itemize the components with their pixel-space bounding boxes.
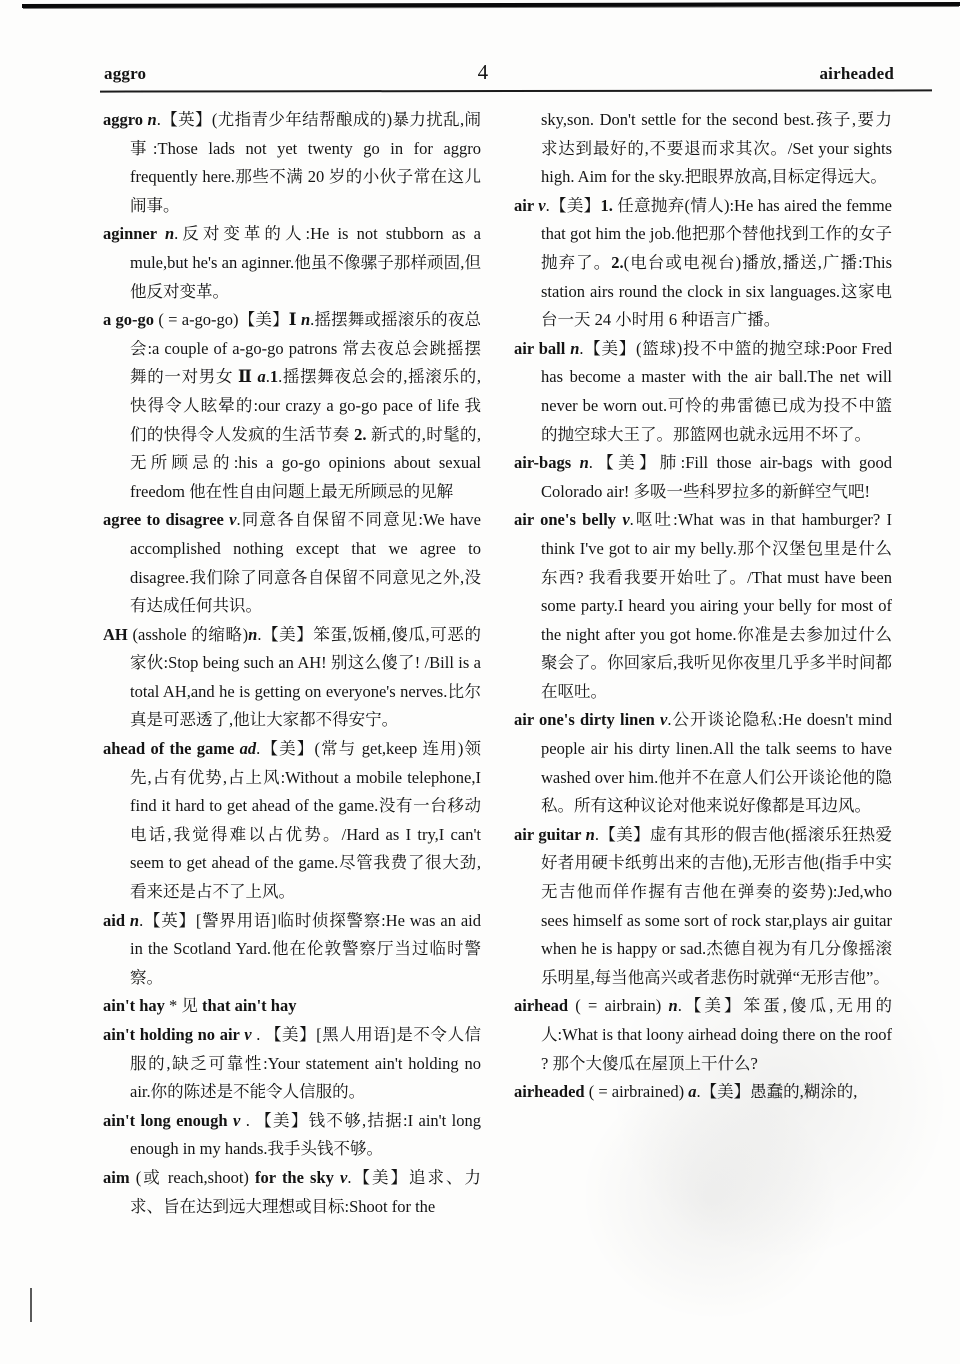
dictionary-entry: ain't hay * 见 that ain't hay — [103, 992, 481, 1021]
entry-text: ( = airbrained) — [589, 1082, 689, 1101]
dictionary-entry: AH (asshole 的缩略)n.【美】笨蛋,饭桶,傻瓜,可恶的家伙:Stop… — [103, 621, 481, 735]
part-of-speech: ad — [240, 739, 257, 758]
dictionary-entry: air guitar n.【美】虚有其形的假吉他(摇滚乐狂热爱好者用硬卡纸剪出来… — [514, 821, 892, 993]
dictionary-entry: aginner n.反对变革的人:He is not stubborn as a… — [103, 220, 481, 306]
headword: air one's belly — [514, 510, 622, 529]
headword: 1 — [270, 367, 278, 386]
entry-text: .【英】[警界用语]临时侦探警察:He was an aid in the Sc… — [130, 911, 481, 987]
headword: Ⅱ — [238, 367, 257, 386]
scan-artifact-left-tick — [30, 1288, 32, 1322]
entry-text: * 见 — [169, 996, 202, 1015]
headword: that ain't hay — [202, 996, 296, 1015]
part-of-speech: n — [165, 224, 174, 243]
part-of-speech: n — [248, 625, 257, 644]
column-left: aggro n.【英】(尤指青少年结帮酿成的)暴力扰乱,闹事:Those lad… — [103, 106, 481, 1221]
dictionary-entry: air v.【美】1. 任意抛弃(情人):He has aired the fe… — [514, 192, 892, 335]
headword: for the sky — [255, 1168, 340, 1187]
entry-text: sky,son. Don't settle for the second bes… — [541, 110, 892, 186]
part-of-speech: n — [586, 825, 595, 844]
entry-text: .【美】(常与 get,keep 连用)领先,占有优势,占上风:Without … — [130, 739, 481, 901]
entry-text: .呕吐:What was in that hamburger? I think … — [541, 510, 892, 701]
entry-continuation: sky,son. Don't settle for the second bes… — [514, 106, 892, 192]
entry-text: ( = airbrain) — [575, 996, 668, 1015]
entry-text: .【英】(尤指青少年结帮酿成的)暴力扰乱,闹事:Those lads not y… — [130, 110, 481, 215]
dictionary-page: aggro 4 airheaded aggro n.【英】(尤指青少年结帮酿成的… — [0, 0, 960, 1364]
headword: aim — [103, 1168, 136, 1187]
entry-text: (或 reach,shoot) — [136, 1168, 255, 1187]
dictionary-entry: air ball n.【美】(篮球)投不中篮的抛空球:Poor Fred has… — [514, 335, 892, 449]
dictionary-entry: ahead of the game ad.【美】(常与 get,keep 连用)… — [103, 735, 481, 907]
dictionary-entry: ain't holding no air v . 【美】[黑人用语]是不令人信服… — [103, 1021, 481, 1107]
part-of-speech: v — [622, 510, 629, 529]
headword: ahead of the game — [103, 739, 240, 758]
column-right: sky,son. Don't settle for the second bes… — [514, 106, 892, 1221]
entry-text: .【美】 — [546, 196, 601, 215]
dictionary-entry: air-bags n.【美】肺:Fill those air-bags with… — [514, 449, 892, 506]
header-rule — [100, 89, 932, 92]
headword: airheaded — [514, 1082, 589, 1101]
entry-text: (asshole 的缩略) — [133, 625, 249, 644]
part-of-speech: n — [669, 996, 678, 1015]
headword: agree to disagree — [103, 510, 229, 529]
dictionary-entry: airhead ( = airbrain) n.【美】笨蛋,傻瓜,无用的人:Wh… — [514, 992, 892, 1078]
dictionary-entry: airheaded ( = airbrained) a.【美】愚蠢的,糊涂的, — [514, 1078, 892, 1107]
dictionary-entry: aid n.【英】[警界用语]临时侦探警察:He was an aid in t… — [103, 907, 481, 993]
entry-text: .【美】肺:Fill those air-bags with good Colo… — [541, 453, 892, 501]
dictionary-entry: agree to disagree v.同意各自保留不同意见:We have a… — [103, 506, 481, 620]
headword: aginner — [103, 224, 165, 243]
headword: ain't holding no air — [103, 1025, 244, 1044]
part-of-speech: n — [148, 110, 157, 129]
headword: air ball — [514, 339, 570, 358]
part-of-speech: a — [688, 1082, 696, 1101]
headword: AH — [103, 625, 133, 644]
headword: 2. — [611, 253, 623, 272]
entry-text: .【美】(篮球)投不中篮的抛空球:Poor Fred has become a … — [541, 339, 892, 444]
page-number: 4 — [146, 60, 819, 85]
headword: air guitar — [514, 825, 586, 844]
headword: aggro — [103, 110, 148, 129]
headword: a go-go — [103, 310, 158, 329]
dictionary-entry: aggro n.【英】(尤指青少年结帮酿成的)暴力扰乱,闹事:Those lad… — [103, 106, 481, 220]
guide-word-right: airheaded — [819, 64, 894, 84]
headword: 2. — [354, 425, 366, 444]
part-of-speech: n — [301, 310, 310, 329]
entry-text: .【美】愚蠢的,糊涂的, — [697, 1082, 858, 1101]
page-header: aggro 4 airheaded — [104, 60, 894, 85]
guide-word-left: aggro — [104, 64, 146, 84]
headword: air-bags — [514, 453, 580, 472]
headword: air one's dirty linen — [514, 710, 660, 729]
part-of-speech: n — [580, 453, 589, 472]
text-columns: aggro n.【英】(尤指青少年结帮酿成的)暴力扰乱,闹事:Those lad… — [103, 106, 892, 1221]
entry-text: ( = a-go-go)【美】 — [158, 310, 288, 329]
headword: airhead — [514, 996, 575, 1015]
entry-text: .【美】虚有其形的假吉他(摇滚乐狂热爱好者用硬卡纸剪出来的吉他),无形吉他(指手… — [541, 825, 892, 987]
headword: ain't long enough — [103, 1111, 233, 1130]
entry-text: .反对变革的人:He is not stubborn as a mule,but… — [130, 224, 481, 300]
scan-artifact-top-line — [22, 2, 960, 8]
headword: ain't hay — [103, 996, 169, 1015]
headword: air — [514, 196, 538, 215]
part-of-speech: n — [130, 911, 139, 930]
dictionary-entry: air one's belly v.呕吐:What was in that ha… — [514, 506, 892, 706]
headword: aid — [103, 911, 130, 930]
part-of-speech: a — [257, 367, 265, 386]
headword: 1. — [601, 196, 613, 215]
dictionary-entry: air one's dirty linen v.公开谈论隐私:He doesn'… — [514, 706, 892, 820]
part-of-speech: v — [244, 1025, 251, 1044]
part-of-speech: v — [538, 196, 545, 215]
dictionary-entry: a go-go ( = a-go-go)【美】Ⅰ n.摇摆舞或摇滚乐的夜总会:a… — [103, 306, 481, 506]
dictionary-entry: ain't long enough v . 【美】钱不够,拮据:I ain't … — [103, 1107, 481, 1164]
dictionary-entry: aim (或 reach,shoot) for the sky v.【美】追求、… — [103, 1164, 481, 1221]
headword: Ⅰ — [289, 310, 301, 329]
